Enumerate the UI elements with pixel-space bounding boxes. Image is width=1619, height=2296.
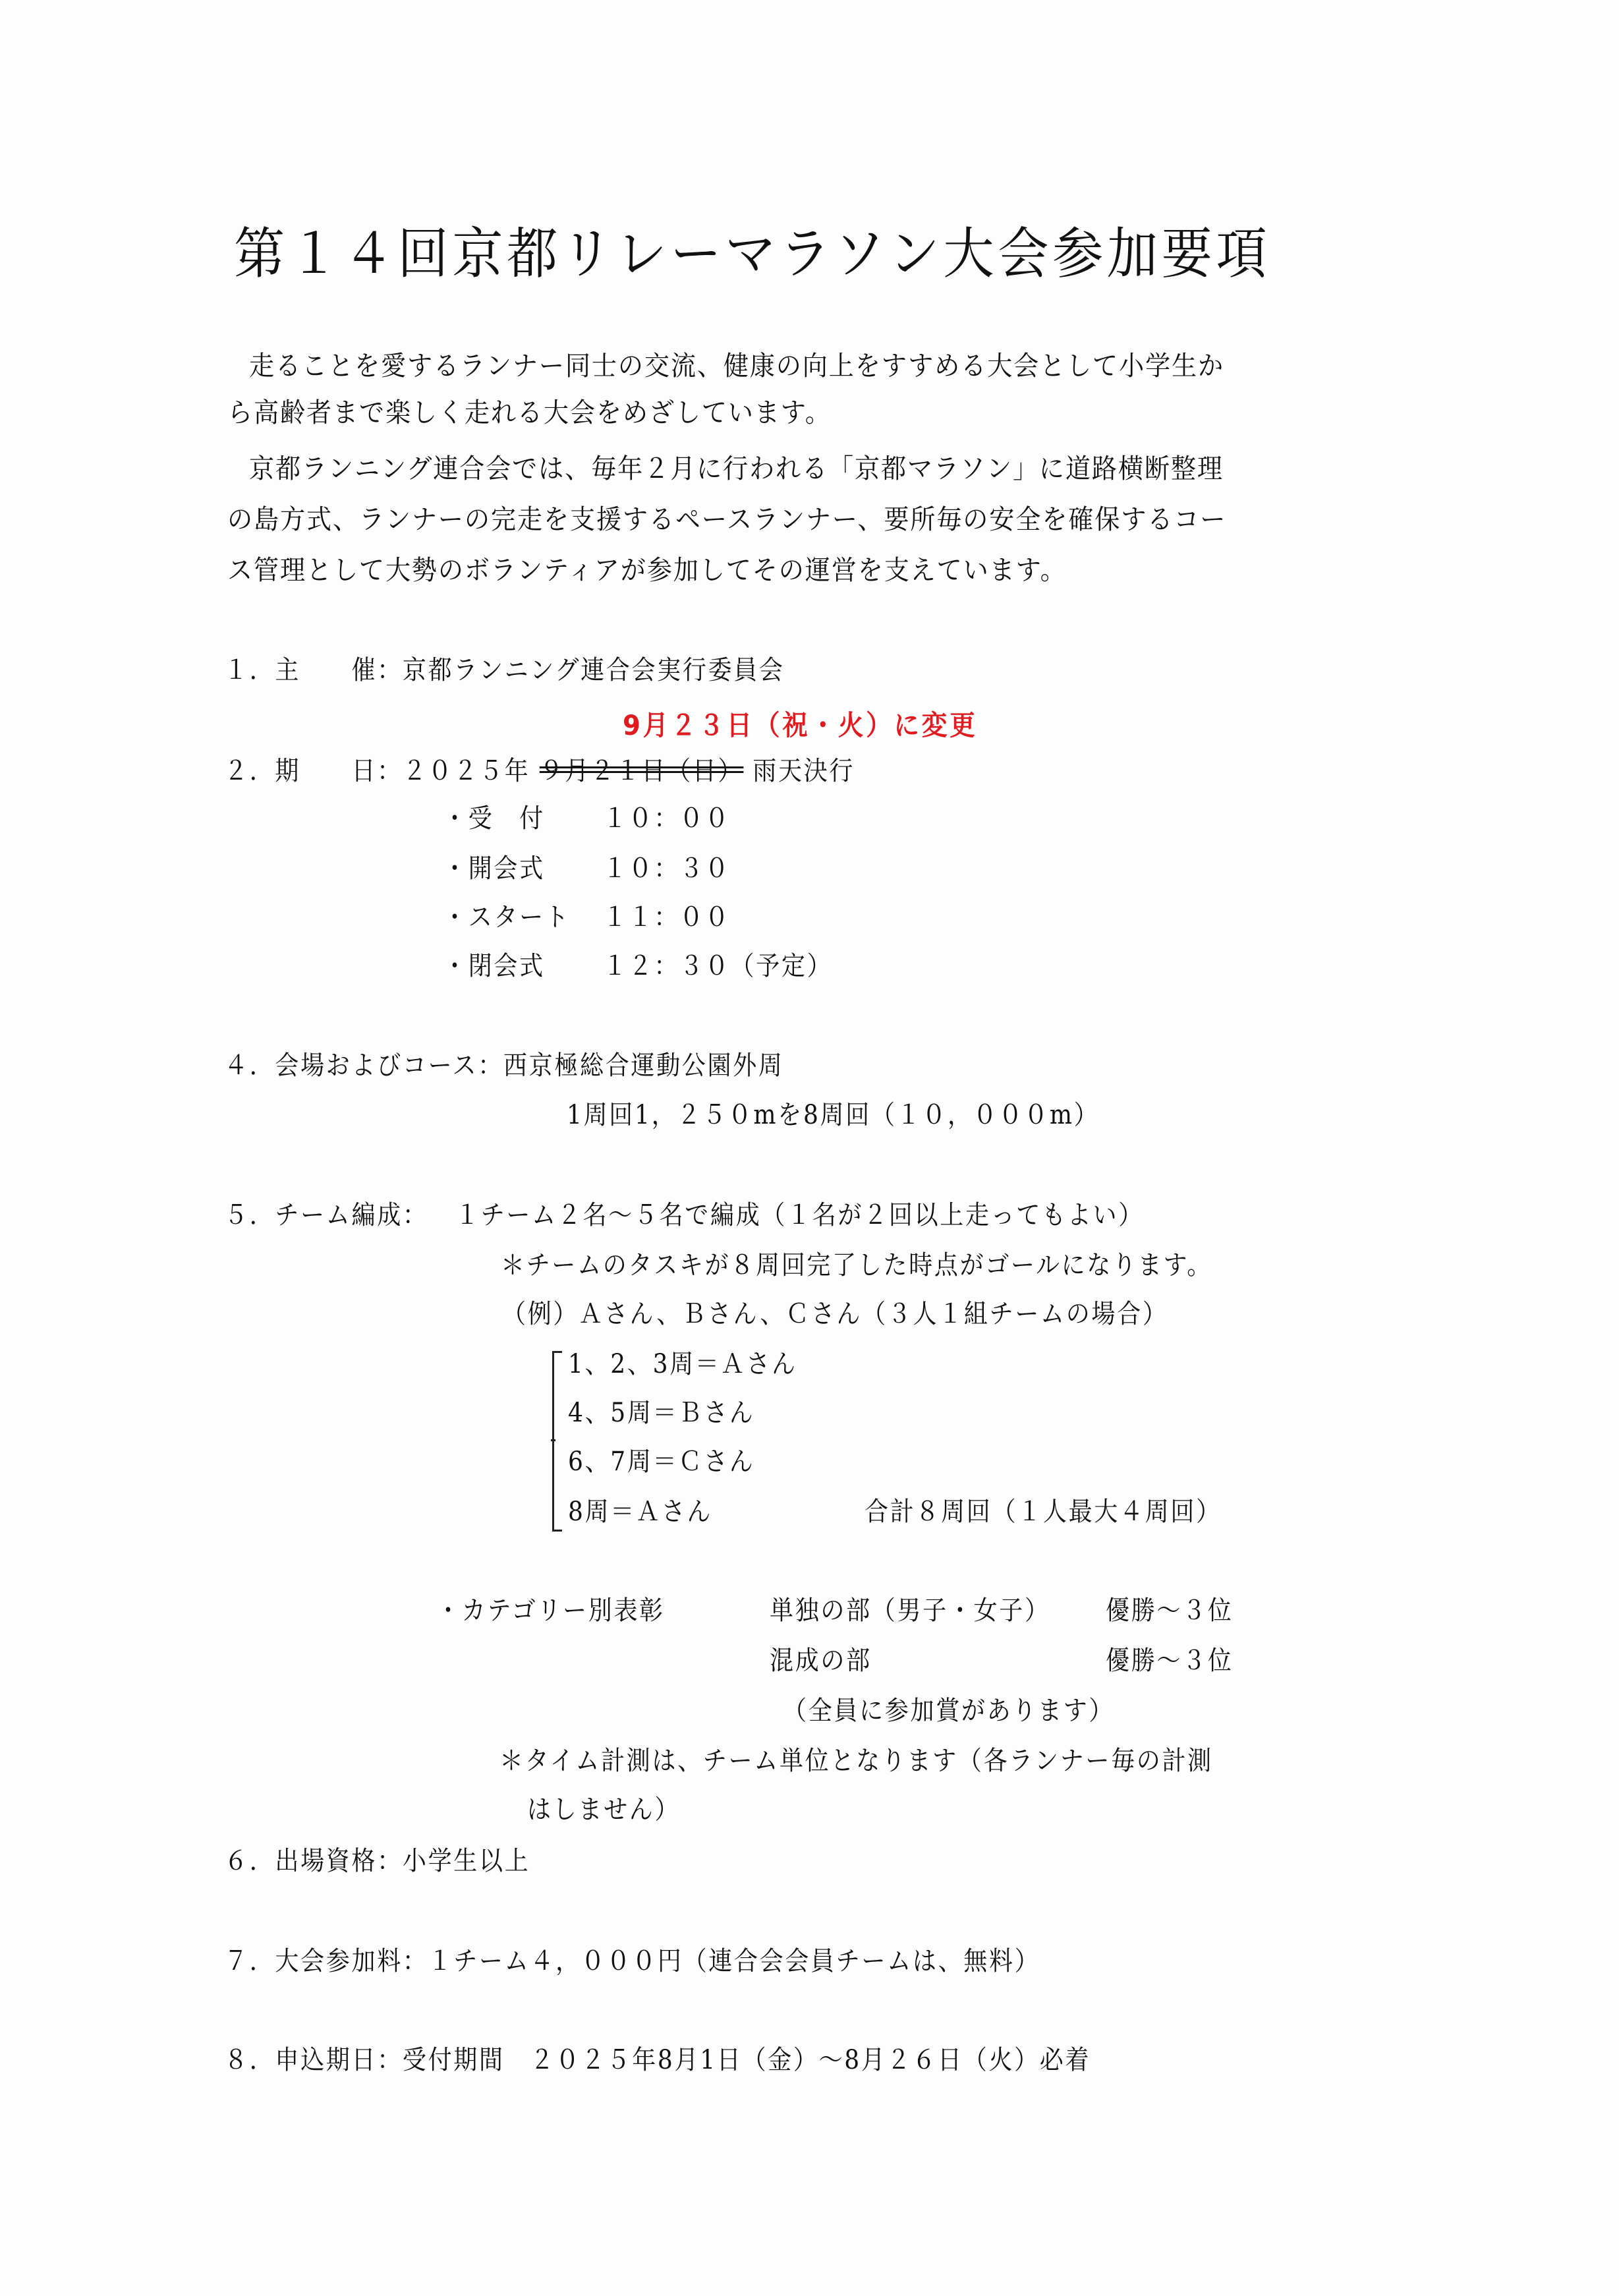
example-bracket-mid [551, 1439, 555, 1441]
eligibility-label: ６．出場資格： [224, 1846, 403, 1876]
intro-line-4: の島方式、ランナーの完走を支援するペースランナー、要所毎の安全を確保するコー [227, 498, 1226, 536]
date-year: ２０２５年 [403, 756, 530, 786]
award-mixed-category: 混成の部 [770, 1640, 872, 1677]
award-solo-category: 単独の部（男子・女子） [770, 1590, 1050, 1627]
eligibility-row: ６．出場資格：小学生以上 [224, 1840, 530, 1878]
organizer-row: １．主 催：京都ランニング連合会実行委員会 [224, 649, 785, 687]
date-label: ２．期 日： [224, 756, 403, 786]
venue-label: ４．会場およびコース： [224, 1050, 503, 1081]
timing-note-2: はしません） [527, 1789, 680, 1826]
original-date-struck: ９月２１日（日） [540, 750, 744, 788]
date-change-notice: 9月２３日（祝・火）に変更 [623, 704, 977, 743]
intro-line-3: 京都ランニング連合会では、毎年２月に行われる「京都マラソン」に道路横断整理 [249, 447, 1224, 486]
team-value: １チーム２名～５名で編成（１名が２回以上走ってもよい） [455, 1200, 1144, 1230]
document-title: 第１４回京都リレーマラソン大会参加要項 [234, 210, 1270, 289]
fee-row: ７．大会参加料：１チーム４，０００円（連合会会員チームは、無料） [224, 1940, 1040, 1978]
intro-line-5: ス管理として大勢のボランティアが参加してその運営を支えています。 [227, 548, 1067, 587]
award-solo-prize: 優勝～３位 [1106, 1590, 1234, 1627]
eligibility-value: 小学生以上 [403, 1846, 530, 1876]
example-lap-4: 8周＝Ａさん [568, 1491, 712, 1528]
example-lap-2: 4、5周＝Ｂさん [568, 1392, 754, 1429]
schedule-closing: ・閉会式１２：３０（予定） [443, 945, 832, 983]
venue-row: ４．会場およびコース：西京極総合運動公園外周 [224, 1045, 784, 1082]
fee-value: １チーム４，０００円（連合会会員チームは、無料） [428, 1946, 1040, 1976]
award-mixed-prize: 優勝～３位 [1106, 1640, 1234, 1677]
venue-course: 1周回1，２５０mを8周回（１０，０００m） [567, 1094, 1099, 1132]
rain-note: 雨天決行 [753, 756, 855, 786]
example-lap-3: 6、7周＝Ｃさん [568, 1441, 754, 1478]
team-row: ５．チーム編成：１チーム２名～５名で編成（１名が２回以上走ってもよい） [224, 1194, 1144, 1232]
date-row: ２．期 日：２０２５年 ９月２１日（日） 雨天決行 [224, 750, 855, 788]
intro-line-1: 走ることを愛するランナー同士の交流、健康の向上をすすめる大会として小学生か [249, 344, 1224, 383]
example-total: 合計８周回（１人最大４周回） [865, 1491, 1222, 1528]
deadline-row: ８．申込期日：受付期間 ２０２５年8月1日（金）～8月２６日（火）必着 [224, 2039, 1091, 2077]
deadline-value: 受付期間 ２０２５年8月1日（金）～8月２６日（火）必着 [403, 2045, 1091, 2075]
schedule-start: ・スタート１１：００ [443, 896, 731, 934]
deadline-label: ８．申込期日： [224, 2045, 403, 2075]
schedule-reception: ・受 付１０：００ [443, 797, 731, 835]
team-label: ５．チーム編成： [224, 1194, 455, 1232]
team-note: ＊チームのタスキが８周回完了した時点がゴールになります。 [501, 1244, 1212, 1282]
participation-prize: （全員に参加賞があります） [783, 1690, 1114, 1727]
example-bracket [552, 1351, 562, 1532]
schedule-opening: ・開会式１０：３０ [443, 847, 731, 885]
timing-note-1: ＊タイム計測は、チーム単位となります（各ランナー毎の計測 [499, 1740, 1213, 1777]
document-page: 第１４回京都リレーマラソン大会参加要項 走ることを愛するランナー同士の交流、健康… [0, 0, 1619, 2296]
organizer-value: 京都ランニング連合会実行委員会 [403, 655, 785, 685]
example-lap-1: 1、2、3周＝Ａさん [568, 1343, 797, 1381]
team-example: （例）Ａさん、Ｂさん、Ｃさん（３人１組チームの場合） [502, 1293, 1168, 1331]
fee-label: ７．大会参加料： [224, 1946, 428, 1976]
organizer-label: １．主 催： [224, 655, 403, 685]
awards-label: ・カテゴリー別表彰 [436, 1590, 665, 1627]
intro-line-2: ら高齢者まで楽しく走れる大会をめざしています。 [227, 391, 832, 430]
venue-value: 西京極総合運動公園外周 [503, 1050, 784, 1081]
